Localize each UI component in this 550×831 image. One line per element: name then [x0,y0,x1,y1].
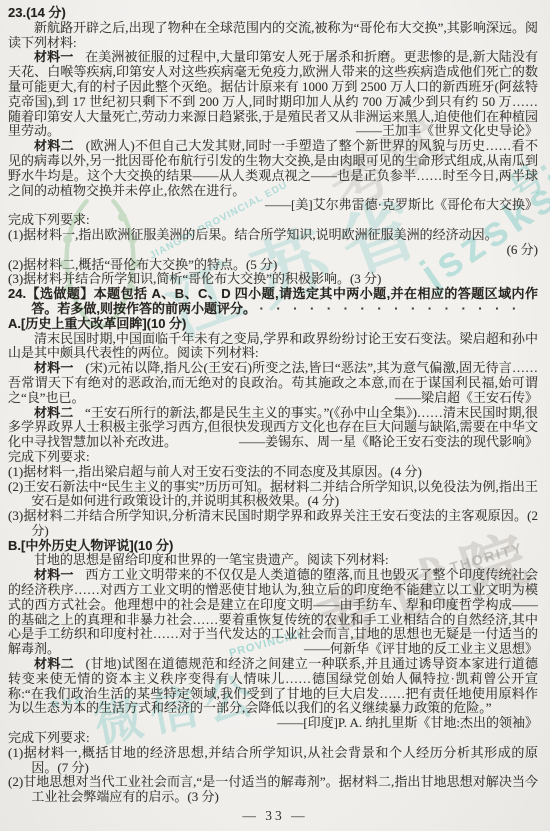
material-1-source: ——何新华《评甘地的反工业主义思想》 [278,642,538,657]
q23-requirement-1: (1)据材料一,指出欧洲征服美洲的后果。结合所学知识,说明欧洲征服美洲的经济动因… [8,228,538,243]
material-1-source: ——王加丰《世界文化史导论》 [330,124,538,139]
material-1-source: ——梁启超《王安石传》 [369,391,538,406]
option-b-intro: 甘地的思想是留给印度和世界的一笔宝贵遗产。阅读下列材料: [8,553,538,568]
material-2-source: ——姜锡东、周一星《略论王安石变法的现代影响》 [213,435,538,450]
material-2-source: ——[美]艾尔弗雷德·克罗斯比《哥伦布大交换》 [239,198,538,213]
option-a-requirement-3: (3)据材料二并结合所学知识,分析清末民国时期学界和政界关注王安石变法的主客观原… [8,509,538,539]
option-a-heading: A.[历史上重大改革回眸](10 分) [8,317,538,332]
q23-requirement-1-score: (6 分) [8,243,538,258]
question-23-number: 23.(14 分) [8,6,538,21]
question-23-intro: 新航路开辟之后,出现了物种在全球范围内的交流,被称为“哥伦布大交换”,其影响深远… [8,21,538,51]
material-2-source: ——[印度]P. A. 纳扎里斯《甘地:杰出的领袖》 [251,716,538,731]
q23-requirement-3: (3)据材料并结合所学知识,简析“哥伦布大交换”的积极影响。(3 分) [8,272,538,287]
material-1-label: 材料一 [34,361,74,375]
exam-page-scan: 江苏省 号: jszsksb 微信公 »»» 考试 考试院 THORITY PR… [0,0,550,831]
material-2-label: 材料二 [34,657,74,671]
option-b-requirement-2: (2)甘地思想对当代工业社会而言,“是一付适当的解毒剂”。据材料二,指出甘地思想… [8,775,538,805]
page-content: 23.(14 分) 新航路开辟之后,出现了物种在全球范围内的交流,被称为“哥伦布… [8,6,538,805]
option-a-requirement-1: (1)据材料一,指出梁启超与前人对王安石变法的不同态度及其原因。(4 分) [8,465,538,480]
option-a-requirement-2: (2)王安石新法中“民生主义的事实”历历可知。据材料二并结合所学知识,以免役法为… [8,480,538,510]
page-number: — 33 — [0,808,550,824]
material-2-label: 材料二 [34,139,74,153]
material-2-text: (欧洲人)不但自己大发其财,同时一手塑造了整个新世界的风貌与历史……看不见的病毒… [8,139,538,197]
q23-requirements-heading: 完成下列要求: [8,213,538,228]
material-2-text: (甘地)试图在道德规范和经济之间建立一种联系,并且通过诱导资本家进行道德转变来使… [8,657,538,715]
option-a-material-1: 材料一(宋)元祐以降,指凡公(王安石)所变之法,皆曰“恶法”,其为意气偏激,固无… [8,361,538,405]
emphasis-dots: ················ [260,301,529,316]
material-1-label: 材料一 [34,568,74,582]
option-a-material-2: 材料二“王安石所行的新法,都是民生主义的事实。”(《孙中山全集》)……清末民国时… [8,406,538,450]
q23-material-1: 材料一在美洲被征服的过程中,大量印第安人死于屠杀和折磨。更悲惨的是,新大陆没有天… [8,50,538,139]
question-24-heading: 24.【选做题】本题包括 A、B、C、D 四小题,请选定其中两小题,并在相应的答… [8,287,538,317]
material-1-label: 材料一 [34,50,73,64]
option-b-material-1: 材料一西方工业文明带来的不仅仅是人类道德的堕落,而且也毁灭了整个印度传统社会的经… [8,568,538,657]
option-b-material-2: 材料二(甘地)试图在道德规范和经济之间建立一种联系,并且通过诱导资本家进行道德转… [8,657,538,731]
option-a-intro: 清末民国时期,中国面临千年未有之变局,学界和政界纷纷讨论王安石变法。梁启超和孙中… [8,332,538,362]
option-b-requirements-heading: 完成下列要求: [8,731,538,746]
material-2-label: 材料二 [34,406,73,420]
q23-material-2: 材料二(欧洲人)不但自己大发其财,同时一手塑造了整个新世界的风貌与历史……看不见… [8,139,538,213]
option-b-requirement-1: (1)据材料一,概括甘地的经济思想,并结合所学知识,从社会背景和个人经历分析其形… [8,746,538,776]
option-a-requirements-heading: 完成下列要求: [8,450,538,465]
